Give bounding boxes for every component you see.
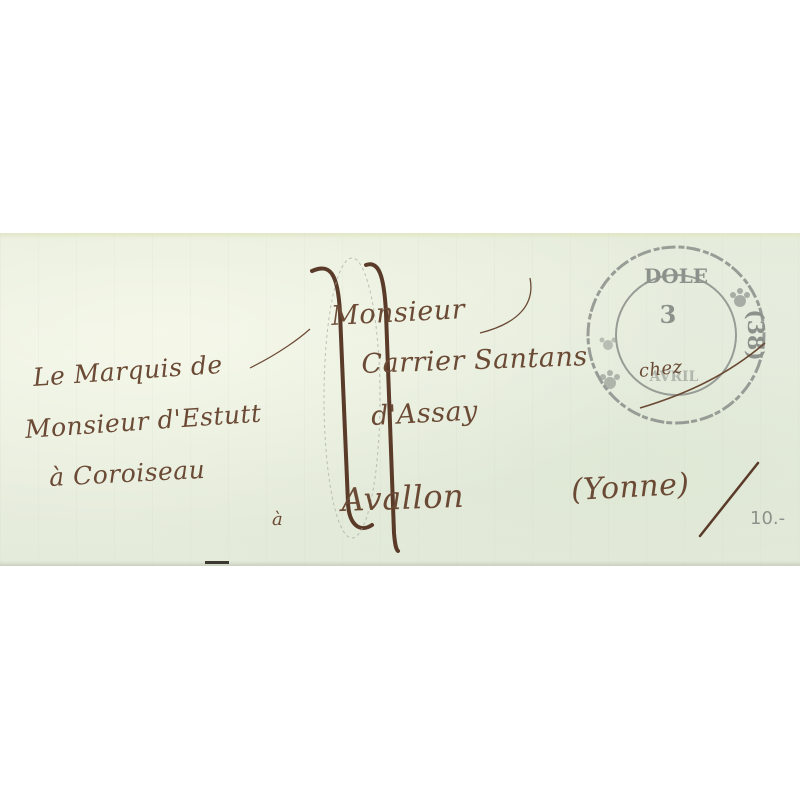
postmark-day: 3 xyxy=(660,300,677,329)
fleuron-icon xyxy=(730,288,750,307)
postal-cover: DOLE 3 AVRIL (38) xyxy=(0,233,800,566)
pencil-price-note: 10.- xyxy=(750,508,785,529)
recipient-name-line-1: Carrier Santans xyxy=(361,341,588,380)
postmark-town: DOLE xyxy=(644,264,708,288)
page: DOLE 3 AVRIL (38) xyxy=(0,0,800,800)
manuscript-overstrike: chez xyxy=(638,357,684,382)
recipient-department: (Yonne) xyxy=(570,467,690,508)
sender-line-1: Le Marquis de xyxy=(32,350,224,392)
paper-bottom-edge xyxy=(0,561,800,566)
paper-top-edge xyxy=(0,233,800,239)
recipient-preposition: à xyxy=(272,509,283,530)
sender-line-2: Monsieur d'Estutt xyxy=(24,399,263,444)
postmark-department: (38) xyxy=(742,309,768,360)
recipient-name-line-2: d'Assay xyxy=(370,395,478,432)
postmark-stamp: DOLE 3 AVRIL (38) xyxy=(588,247,768,423)
recipient-city: Avallon xyxy=(341,477,465,519)
fleuron-icon xyxy=(600,338,617,351)
fleuron-icon xyxy=(600,370,620,389)
sender-line-3: à Coroiseau xyxy=(48,455,205,492)
recipient-salutation: Monsieur xyxy=(330,294,466,332)
